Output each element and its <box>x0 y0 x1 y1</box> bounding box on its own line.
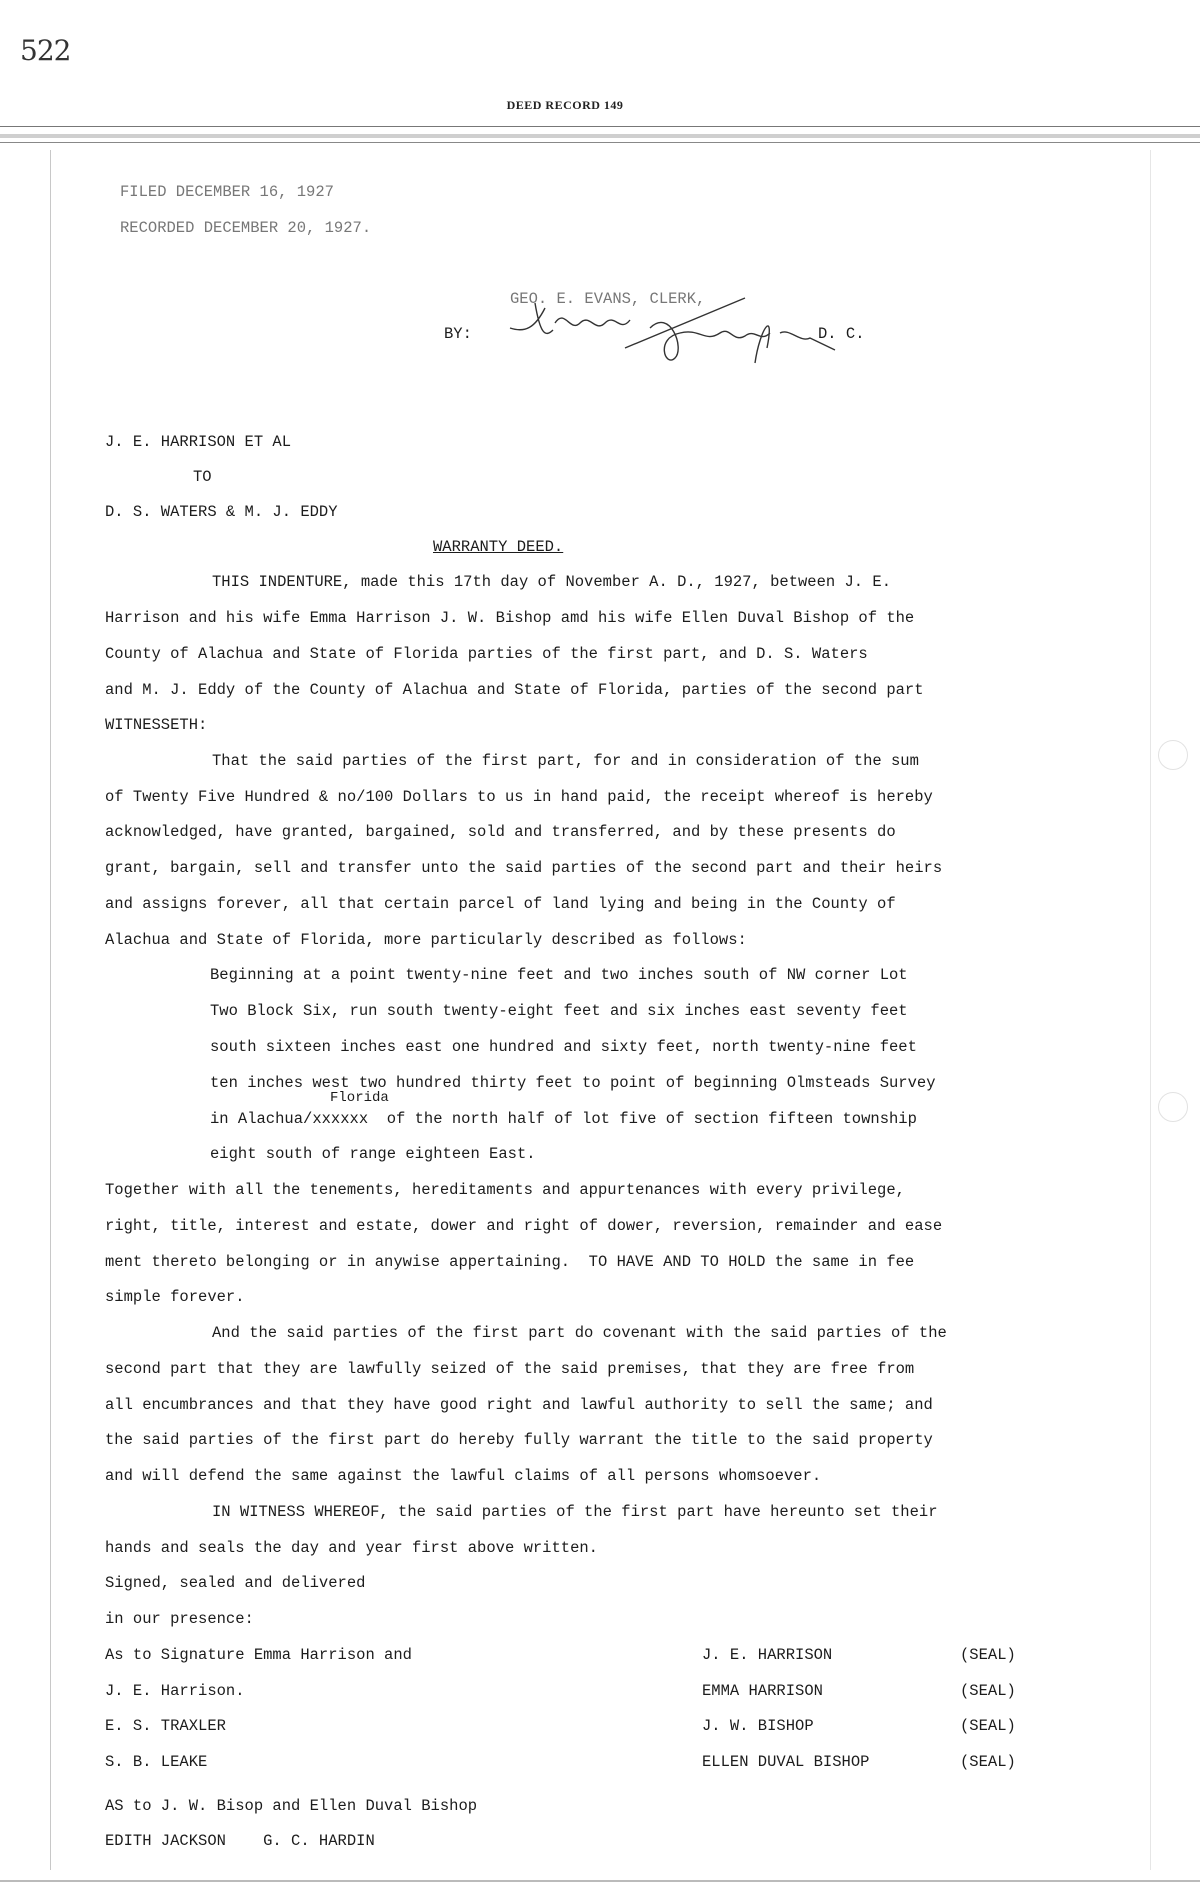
seal-label: (SEAL) <box>960 1646 1016 1664</box>
bottom-rule <box>0 1880 1200 1882</box>
body-line: simple forever. <box>105 1288 245 1306</box>
witness-group-label: AS to J. W. Bisop and Ellen Duval Bishop <box>105 1797 477 1815</box>
header-rule-top <box>0 126 1200 127</box>
legal-description-line: ten inches west two hundred thirty feet … <box>210 1074 936 1092</box>
body-line: and will defend the same against the law… <box>105 1467 821 1485</box>
interlineation: Florida <box>330 1090 389 1106</box>
grantee: D. S. WATERS & M. J. EDDY <box>105 503 338 521</box>
right-margin-line <box>1150 150 1151 1870</box>
seal-label: (SEAL) <box>960 1682 1016 1700</box>
header-rule-bottom <box>0 142 1200 143</box>
legal-description-line: in Alachua/xxxxxx of the north half of l… <box>210 1110 917 1128</box>
filed-date: FILED DECEMBER 16, 1927 <box>120 183 334 201</box>
binding-hole <box>1158 1092 1188 1122</box>
clerk-by-label: BY: <box>444 325 472 343</box>
signatory-name: EMMA HARRISON <box>702 1682 823 1700</box>
witness-line: J. E. Harrison. <box>105 1682 245 1700</box>
body-line: Together with all the tenements, heredit… <box>105 1181 905 1199</box>
body-line: Signed, sealed and delivered <box>105 1574 365 1592</box>
body-line: and M. J. Eddy of the County of Alachua … <box>105 681 924 699</box>
deed-title: WARRANTY DEED. <box>433 538 563 556</box>
body-line: right, title, interest and estate, dower… <box>105 1217 942 1235</box>
clerk-signature <box>505 288 865 378</box>
legal-description-line: south sixteen inches east one hundred an… <box>210 1038 917 1056</box>
body-line: THIS INDENTURE, made this 17th day of No… <box>212 573 891 591</box>
parties-to: TO <box>193 468 212 486</box>
body-line: second part that they are lawfully seize… <box>105 1360 914 1378</box>
body-line: acknowledged, have granted, bargained, s… <box>105 823 896 841</box>
witness-group-names: EDITH JACKSON G. C. HARDIN <box>105 1832 375 1850</box>
signatory-name: ELLEN DUVAL BISHOP <box>702 1753 869 1771</box>
legal-description-line: eight south of range eighteen East. <box>210 1145 536 1163</box>
record-header: DEED RECORD 149 <box>0 98 1130 113</box>
binding-hole <box>1158 740 1188 770</box>
body-line: That the said parties of the first part,… <box>212 752 919 770</box>
header-rule-middle <box>0 134 1200 138</box>
body-line: the said parties of the first part do he… <box>105 1431 933 1449</box>
legal-description-line: Two Block Six, run south twenty-eight fe… <box>210 1002 908 1020</box>
body-line: of Twenty Five Hundred & no/100 Dollars … <box>105 788 933 806</box>
body-line: Harrison and his wife Emma Harrison J. W… <box>105 609 914 627</box>
seal-label: (SEAL) <box>960 1753 1016 1771</box>
body-line: ment thereto belonging or in anywise app… <box>105 1253 914 1271</box>
body-line: all encumbrances and that they have good… <box>105 1396 933 1414</box>
witness-line: As to Signature Emma Harrison and <box>105 1646 412 1664</box>
body-line: County of Alachua and State of Florida p… <box>105 645 868 663</box>
recorded-date: RECORDED DECEMBER 20, 1927. <box>120 219 371 237</box>
grantor: J. E. HARRISON ET AL <box>105 433 291 451</box>
seal-label: (SEAL) <box>960 1717 1016 1735</box>
body-line: Alachua and State of Florida, more parti… <box>105 931 747 949</box>
body-line: hands and seals the day and year first a… <box>105 1539 598 1557</box>
body-line: IN WITNESS WHEREOF, the said parties of … <box>212 1503 938 1521</box>
left-margin-line <box>50 150 51 1870</box>
body-line: and assigns forever, all that certain pa… <box>105 895 896 913</box>
body-line: in our presence: <box>105 1610 254 1628</box>
clerk-suffix: D. C. <box>818 325 865 343</box>
body-line: And the said parties of the first part d… <box>212 1324 947 1342</box>
witness-line: E. S. TRAXLER <box>105 1717 226 1735</box>
signatory-name: J. W. BISHOP <box>702 1717 814 1735</box>
body-line: grant, bargain, sell and transfer unto t… <box>105 859 942 877</box>
body-line: WITNESSETH: <box>105 716 207 734</box>
page-number: 522 <box>20 34 70 67</box>
witness-line: S. B. LEAKE <box>105 1753 207 1771</box>
legal-description-line: Beginning at a point twenty-nine feet an… <box>210 966 908 984</box>
signatory-name: J. E. HARRISON <box>702 1646 832 1664</box>
